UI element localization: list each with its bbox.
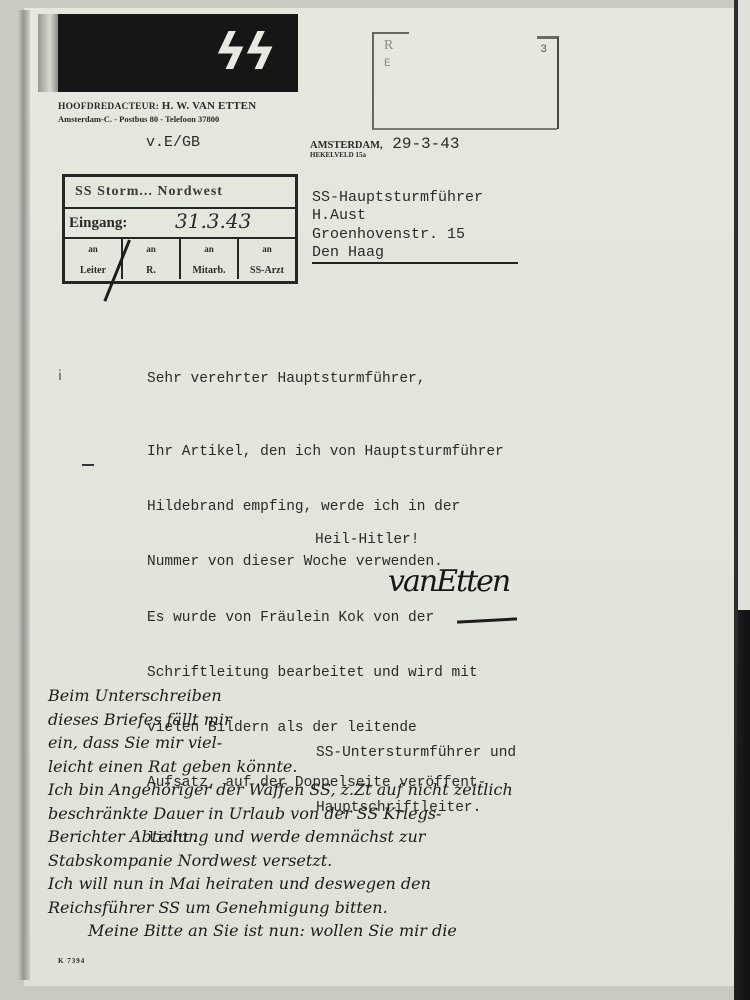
letterhead-banner: ϟϟ [38, 14, 298, 92]
editor-label: HOOFDREDACTEUR: [58, 102, 159, 112]
reference-code: v.E/GB [146, 134, 200, 151]
margin-mark [82, 464, 94, 466]
signature: vanEtten [388, 564, 509, 599]
note-line: Ich will nun in Mai heiraten und deswege… [48, 872, 628, 896]
body-line: Es wurde von Fräulein Kok von der [147, 609, 504, 627]
note-line: Stabskompanie Nordwest versetzt. [48, 849, 628, 873]
stamp-letter-e: E [384, 58, 391, 70]
editor-name: H. W. VAN ETTEN [162, 100, 257, 112]
entry-stamp: SS Storm... Nordwest Eingang: 31.3.43 an… [62, 174, 298, 284]
note-line: Berichter Abteilung und werde demnächst … [48, 825, 628, 849]
stamp-mark: 3 [540, 44, 547, 56]
stamp-header: SS Storm... Nordwest [65, 177, 295, 209]
stamp-eingang-row: Eingang: 31.3.43 [65, 209, 295, 239]
margin-mark: ⅰ [58, 368, 62, 385]
note-line: Ich bin Angehöriger der Waffen SS, z.Zt … [48, 778, 628, 802]
editor-line: HOOFDREDACTEUR: H. W. VAN ETTEN [58, 100, 256, 112]
salutation: Sehr verehrter Hauptsturmführer, [147, 370, 504, 388]
note-line: Reichsführer SS um Genehmigung bitten. [48, 896, 628, 920]
recipient-address: SS-Hauptsturmführer H.Aust Groenhovenstr… [312, 189, 518, 264]
stamp-columns: anLeiter anR. anMitarb. anSS-Arzt [65, 239, 295, 279]
note-line: leicht einen Rat geben könnte. [48, 755, 628, 779]
body-line: Hildebrand empfing, werde ich in der [147, 498, 504, 516]
body-line: Schriftleitung bearbeitet und wird mit [147, 664, 504, 682]
recipient-line: Groenhovenstr. 15 [312, 226, 518, 244]
eingang-date: 31.3.43 [175, 207, 251, 235]
note-line: Beim Unterschreiben [48, 684, 308, 708]
background-strip [738, 0, 750, 610]
closing: Heil-Hitler! [315, 532, 419, 548]
stamp-cell: anR. [123, 239, 181, 279]
page-edge-left [18, 10, 30, 980]
date: 29-3-43 [392, 135, 459, 153]
eingang-label: Eingang: [69, 215, 127, 231]
place-date: AMSTERDAM, 29-3-43 HEKELVELD 15a [310, 135, 459, 159]
recipient-line: Den Haag [312, 244, 518, 264]
stamp-cell: anMitarb. [181, 239, 239, 279]
note-line: Meine Bitte an Sie ist nun: wollen Sie m… [48, 919, 628, 943]
recipient-line: SS-Hauptsturmführer [312, 189, 518, 207]
letterhead-address: Amsterdam-C. - Postbus 80 - Telefoon 378… [58, 114, 219, 124]
city: AMSTERDAM, [310, 140, 383, 151]
registration-stamp: R E 3 [372, 32, 557, 130]
note-line: ein, dass Sie mir viel- [48, 731, 308, 755]
archive-code: K 7394 [58, 957, 85, 965]
paper-fold [38, 14, 58, 92]
stamp-cell: anSS-Arzt [239, 239, 295, 279]
recipient-line: H.Aust [312, 207, 518, 225]
note-line: beschränkte Dauer in Urlaub von der SS K… [48, 802, 628, 826]
runes-emblem-icon: ϟϟ [210, 24, 276, 80]
body-line: Ihr Artikel, den ich von Hauptsturmführe… [147, 443, 504, 461]
note-line: dieses Briefes fällt mir [48, 708, 308, 732]
handwritten-note: Beim Unterschreiben dieses Briefes fällt… [48, 684, 628, 943]
stamp-letter-r: R [384, 38, 393, 54]
